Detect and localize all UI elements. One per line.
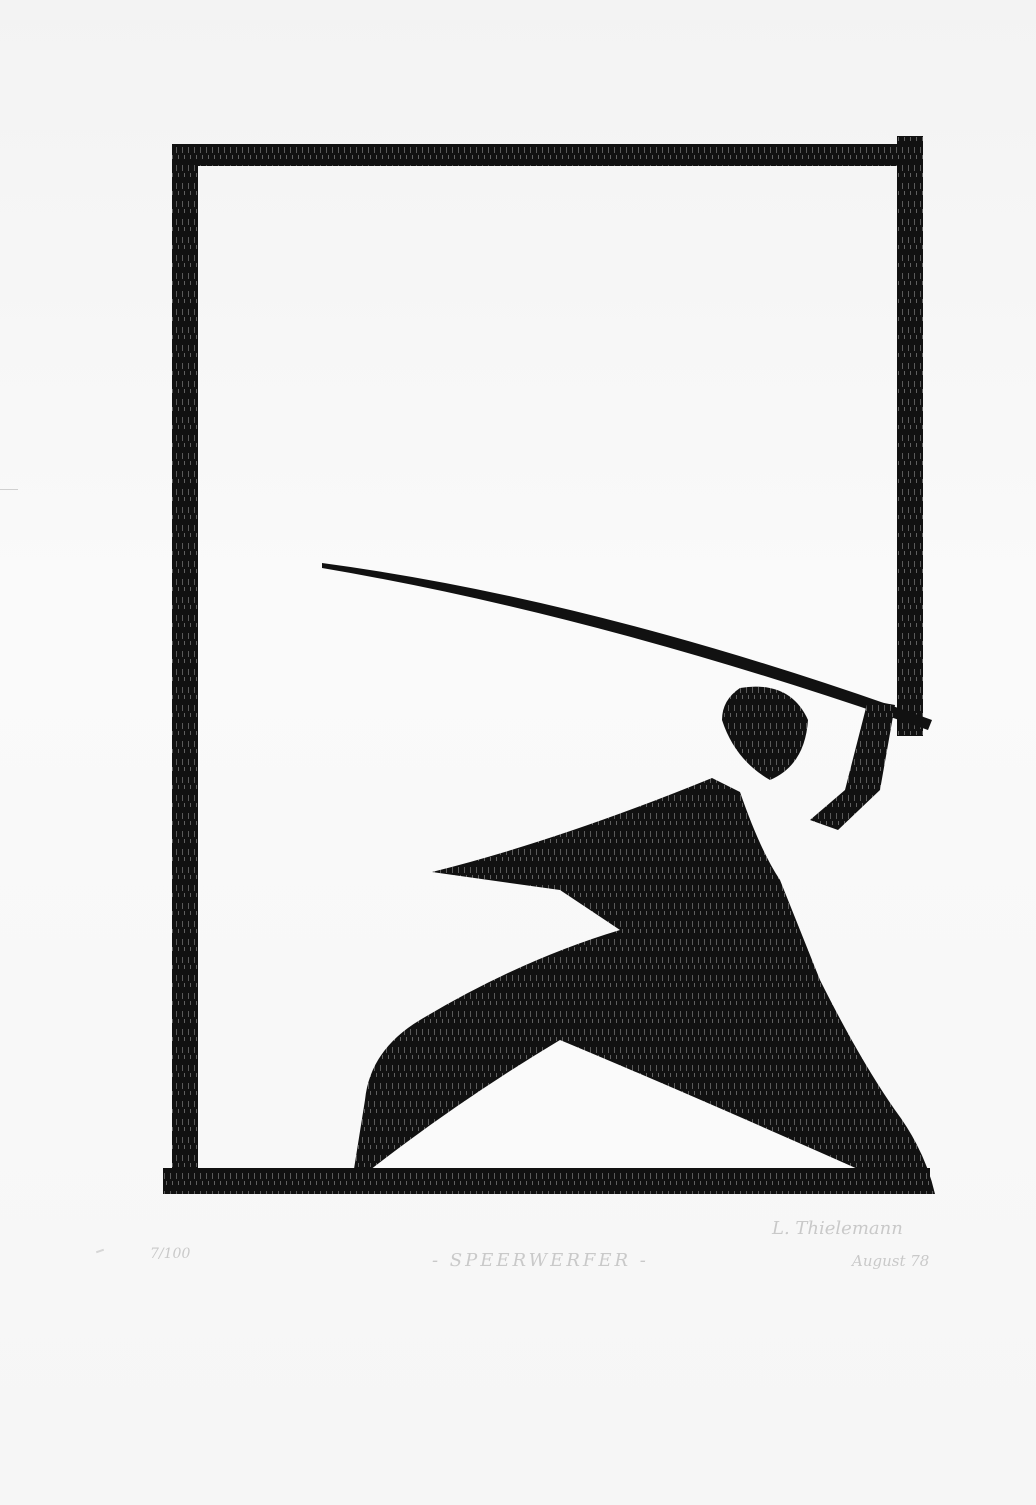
edition-number: 7/100 [150,1246,190,1262]
spear [322,563,932,730]
print-date: August 78 [852,1252,929,1270]
artist-signature: L. Thielemann [772,1218,903,1239]
woodcut-print [0,0,1036,1505]
print-title: - SPEERWERFER - [432,1250,649,1271]
